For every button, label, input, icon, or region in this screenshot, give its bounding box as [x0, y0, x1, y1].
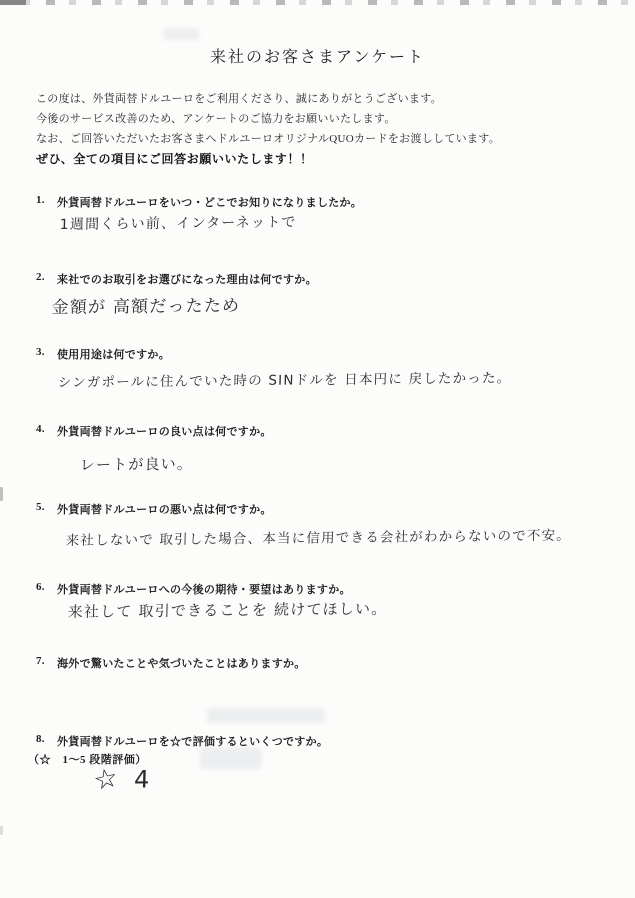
question-4: 4. 外貨両替ドルユーロの良い点は何ですか。	[36, 423, 272, 439]
question-1: 1. 外貨両替ドルユーロをいつ・どこでお知りになりましたか。	[36, 194, 362, 210]
scan-smudge	[200, 747, 262, 769]
intro-line-2: 今後のサービス改善のため、アンケートのご協力をお願いいたします。	[36, 109, 596, 129]
question-8: 8. 外貨両替ドルユーロを☆で評価するといくつですか。	[36, 733, 328, 749]
answer-5-handwritten: 来社しないで 取引した場合、本当に信用できる会社がわからないので不安。	[66, 524, 572, 549]
answer-6-handwritten: 来社して 取引できることを 続けてほしい。	[67, 598, 387, 622]
question-6: 6. 外貨両替ドルユーロへの今後の期待・要望はありますか。	[36, 581, 351, 597]
question-7: 7. 海外で驚いたことや気づいたことはありますか。	[36, 655, 306, 671]
answer-1-handwritten: 1週間くらい前、インターネットで	[60, 212, 297, 234]
scan-artifact-top	[0, 0, 635, 5]
question-7-number: 7.	[36, 655, 57, 671]
question-7-text: 海外で驚いたことや気づいたことはありますか。	[57, 655, 306, 671]
answer-2-handwritten: 金額が 高額だったため	[51, 291, 240, 318]
answer-3-handwritten: シンガポールに住んでいた時の SINドルを 日本円に 戻したかった。	[58, 366, 512, 391]
question-8-text: 外貨両替ドルユーロを☆で評価するといくつですか。	[57, 733, 328, 749]
question-5-number: 5.	[36, 501, 57, 517]
question-8-number: 8.	[36, 733, 57, 749]
question-1-number: 1.	[36, 194, 57, 210]
scan-smudge	[207, 708, 325, 723]
question-4-text: 外貨両替ドルユーロの良い点は何ですか。	[57, 423, 272, 439]
answer-4-handwritten: レートが良い。	[79, 453, 193, 475]
intro-paragraph: この度は、外貨両替ドルユーロをご利用くださり、誠にありがとうございます。 今後の…	[36, 89, 596, 169]
intro-line-3: なお、ご回答いただいたお客さまへドルユーロオリジナルQUOカードをお渡ししていま…	[36, 129, 596, 149]
question-4-number: 4.	[36, 423, 57, 439]
question-5-text: 外貨両替ドルユーロの悪い点は何ですか。	[57, 501, 272, 517]
survey-document: 来社のお客さまアンケート この度は、外貨両替ドルユーロをご利用くださり、誠にあり…	[0, 0, 635, 898]
question-3-number: 3.	[36, 346, 57, 362]
question-3-text: 使用用途は何ですか。	[57, 346, 170, 362]
rating-value: 4	[134, 766, 151, 792]
handwritten-star-icon: ☆	[91, 763, 121, 795]
scan-smudge	[163, 28, 199, 40]
page-title: 来社のお客さまアンケート	[0, 44, 635, 67]
question-6-text: 外貨両替ドルユーロへの今後の期待・要望はありますか。	[57, 581, 351, 597]
question-6-number: 6.	[36, 581, 57, 597]
question-2-number: 2.	[36, 271, 57, 287]
question-2: 2. 来社でのお取引をお選びになった理由は何ですか。	[36, 271, 317, 287]
intro-line-1: この度は、外貨両替ドルユーロをご利用くださり、誠にありがとうございます。	[36, 89, 596, 109]
question-2-text: 来社でのお取引をお選びになった理由は何ですか。	[57, 271, 317, 287]
question-8-scale-note: （☆ 1～5 段階評価）	[28, 751, 147, 767]
intro-emphasis: ぜひ、全ての項目にご回答お願いいたします！！	[36, 149, 596, 169]
question-1-text: 外貨両替ドルユーロをいつ・どこでお知りになりましたか。	[57, 194, 362, 210]
question-5: 5. 外貨両替ドルユーロの悪い点は何ですか。	[36, 501, 272, 517]
question-3: 3. 使用用途は何ですか。	[36, 346, 170, 362]
scan-artifact-edge	[0, 487, 3, 501]
scan-artifact-edge	[0, 826, 3, 835]
answer-8-rating: ☆4	[93, 765, 151, 793]
